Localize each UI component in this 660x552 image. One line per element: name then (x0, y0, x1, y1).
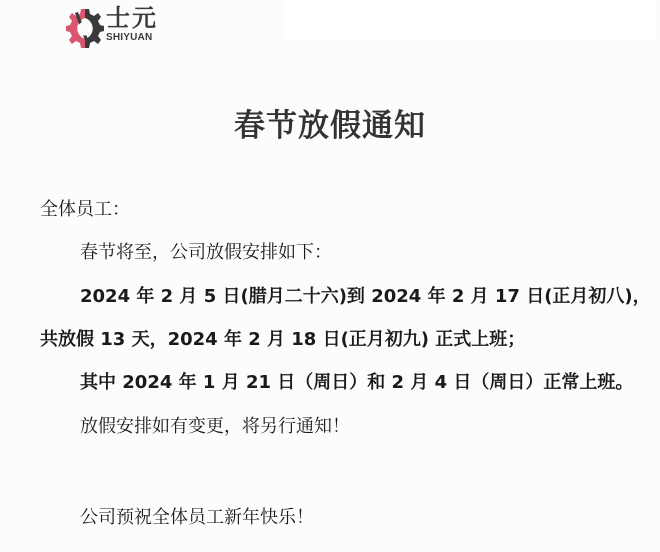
paragraph-intro: 春节将至，公司放假安排如下： (80, 241, 332, 265)
paragraph-change-notice: 放假安排如有变更，将另行通知！ (80, 415, 350, 439)
paragraph-holiday-duration: 共放假 13 天，2024 年 2 月 18 日(正月初九) 正式上班； (40, 328, 525, 352)
header-blank-panel (285, 0, 655, 40)
paragraph-holiday-dates: 2024 年 2 月 5 日(腊月二十六)到 2024 年 2 月 17 日(正… (80, 285, 651, 309)
logo-name-en: SHIYUAN (106, 32, 152, 43)
company-logo: 士元 SHIYUAN (66, 5, 186, 49)
logo-name-cn: 士元 (106, 5, 158, 31)
gear-icon (66, 7, 104, 49)
closing-greeting: 公司预祝全体员工新年快乐！ (80, 506, 314, 530)
document-title: 春节放假通知 (0, 100, 660, 145)
salutation: 全体员工： (40, 198, 130, 222)
paragraph-makeup-workdays: 其中 2024 年 1 月 21 日（周日）和 2 月 4 日（周日）正常上班。 (80, 371, 633, 395)
